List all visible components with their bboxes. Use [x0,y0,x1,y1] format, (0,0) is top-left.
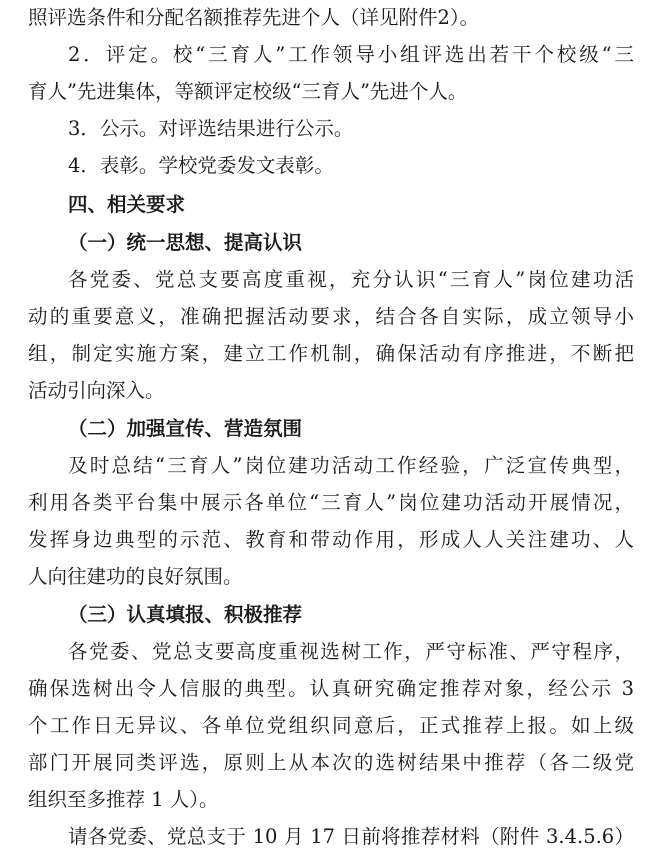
paragraph-line: 及时总结“三育人”岗位建功活动工作经验，广泛宣传典型， [68,451,634,481]
paragraph-line: 个工作日无异议、各单位党组织同意后，正式推荐上报。如上级 [28,711,634,741]
subsection-heading: （一）统一思想、提高认识 [68,228,634,258]
paragraph-line: 动的重要意义，准确把握活动要求，结合各自实际，成立领导小 [28,302,634,332]
paragraph-line: 育人”先进集体，等额评定校级“三育人”先进个人。 [28,77,634,107]
paragraph-line: 3．公示。对评选结果进行公示。 [68,114,634,144]
paragraph-line: 人向往建功的良好氛围。 [28,562,634,592]
paragraph-line: 请各党委、党总支于 10 月 17 日前将推荐材料（附件 3.4.5.6） [68,822,634,852]
paragraph-line: 4．表彰。学校党委发文表彰。 [68,151,634,181]
paragraph-line: 各党委、党总支要高度重视选树工作，严守标准、严守程序， [68,637,634,667]
paragraph-line: 部门开展同类评选，原则上从本次的选树结果中推荐（各二级党 [28,748,634,778]
subsection-heading: （二）加强宣传、营造氛围 [68,414,634,444]
subsection-heading: （三）认真填报、积极推荐 [68,600,634,630]
paragraph-line: 照评选条件和分配名额推荐先进个人（详见附件2）。 [28,3,634,33]
paragraph-line: 组，制定实施方案，建立工作机制，确保活动有序推进，不断把 [28,339,634,369]
paragraph-line: 活动引向深入。 [28,376,634,406]
paragraph-line: 确保选树出令人信服的典型。认真研究确定推荐对象，经公示 3 [28,674,634,704]
paragraph-line: 各党委、党总支要高度重视，充分认识“三育人”岗位建功活 [68,265,634,295]
section-heading: 四、相关要求 [68,190,634,220]
paragraph-line: 利用各类平台集中展示各单位“三育人”岗位建功活动开展情况， [28,488,634,518]
paragraph-line: 组织至多推荐 1 人）。 [28,785,634,815]
paragraph-line: 2．评定。校“三育人”工作领导小组评选出若干个校级“三 [68,40,634,70]
paragraph-line: 发挥身边典型的示范、教育和带动作用，形成人人关注建功、人 [28,525,634,555]
